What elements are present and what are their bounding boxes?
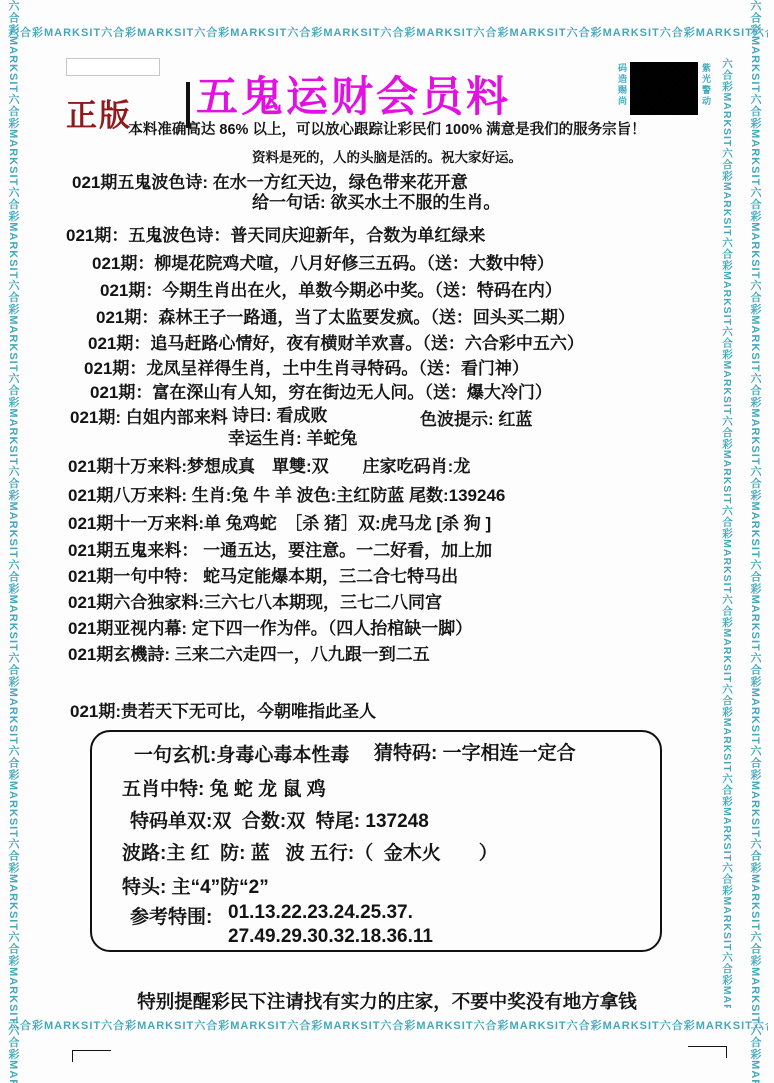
material-line: 021期一句中特： 蛇马定能爆本期，三二合七特马出 <box>68 562 458 587</box>
watermark-top: 六合彩MARKSIT六合彩MARKSIT六合彩MARKSIT六合彩MARKSIT… <box>8 24 768 40</box>
poem-line: 021期：柳堤花院鸡犬喧，八月好修三五码。（送：大数中特） <box>92 249 554 274</box>
box-ref-label: 参考特围: <box>130 902 212 929</box>
box-mystery-phrase: 一句玄机:身毒心毒本性毒 <box>134 740 349 767</box>
poem-line: 021期：今期生肖出在火，单数今期必中奖。（送：特码在内） <box>100 276 562 301</box>
baijie-lucky-zodiac: 幸运生肖: 羊蛇兔 <box>228 424 357 449</box>
material-line: 021期十万来料:梦想成真 單雙:双 庄家吃码肖:龙 <box>68 452 470 477</box>
box-special-head: 特头: 主“4”防“2” <box>122 872 269 899</box>
material-line: 021期玄機詩: 三来二六走四一，八九跟一到二五 <box>68 640 430 665</box>
material-line: 021期五鬼来料： 一通五达，要注意。一二好看，加上加 <box>68 536 492 561</box>
corner-mark-left <box>72 1050 111 1062</box>
box-ref-numbers-1: 01.13.22.23.24.25.37. <box>228 902 413 924</box>
box-five-zodiac: 五肖中特: 兔 蛇 龙 鼠 鸡 <box>122 774 326 801</box>
poem-line: 021期：富在深山有人知，穷在街边无人问。（送：爆大冷门） <box>90 378 552 403</box>
box-guess-special: 猜特码: 一字相连一定合 <box>374 738 576 765</box>
header-empty-box <box>66 58 160 76</box>
watermark-bottom: 六合彩MARKSIT六合彩MARKSIT六合彩MARKSIT六合彩MARKSIT… <box>8 1017 768 1033</box>
prediction-box: 一句玄机:身毒心毒本性毒 猜特码: 一字相连一定合 五肖中特: 兔 蛇 龙 鼠 … <box>90 730 662 952</box>
material-line: 021期六合独家料:三六七八本期现，三七二八同宫 <box>68 588 442 613</box>
box-ref-numbers-2: 27.49.29.30.32.18.36.11 <box>228 926 433 948</box>
box-odd-even: 特码单双:双 合数:双 特尾: 137248 <box>130 806 429 833</box>
poem-line: 021期：五鬼波色诗：普天同庆迎新年，合数为单红绿来 <box>66 221 485 246</box>
baijie-label: 021期: 白姐内部来料 <box>70 403 228 428</box>
final-poem-line: 021期:贵若天下无可比，今朝唯指此圣人 <box>70 697 376 722</box>
stamp-right-text: 紫光警动 <box>700 63 712 115</box>
poem-line: 021期：森林王子一路通，当了太监要发疯。（送：回头买二期） <box>96 303 575 328</box>
poem-line: 021期：追马赶路心情好，夜有横财羊欢喜。（送：六合彩中五六） <box>88 329 584 354</box>
watermark-right-inner: 六合彩MARKSIT六合彩MARKSIT六合彩MARKSIT六合彩MARKSIT… <box>720 58 735 1008</box>
intro-line-2: 给一句话: 欲买水土不服的生肖。 <box>252 188 500 213</box>
baijie-shiyue: 诗曰: 看成败 <box>232 401 327 426</box>
poem-line: 021期：龙凤呈祥得生肖，土中生肖寻特码。（送：看门神） <box>84 354 529 379</box>
qr-stamp <box>630 62 698 115</box>
baijie-color-hint: 色波提示: 红蓝 <box>420 405 532 430</box>
corner-mark-right <box>688 1046 727 1058</box>
tagline-1: 本料准确高达 86% 以上，可以放心跟踪让彩民们 100% 满意是我们的服务宗旨… <box>0 118 774 139</box>
tip-sheet-page: 六合彩MARKSIT六合彩MARKSIT六合彩MARKSIT六合彩MARKSIT… <box>0 0 774 1083</box>
material-line: 021期八万来料: 生肖:兔 牛 羊 波色:主红防蓝 尾数:139246 <box>68 481 505 506</box>
material-line: 021期亚视内幕: 定下四一作为伴。（四人抬棺缺一脚） <box>68 614 472 639</box>
stamp-left-text: 码造赐尚 <box>616 63 628 115</box>
material-line: 021期十一万来料:单 兔鸡蛇 ［杀 猪］双:虎马龙 [杀 狗 ] <box>68 509 491 534</box>
tagline-2: 资料是死的，人的头脑是活的。祝大家好运。 <box>0 146 774 166</box>
footer-reminder: 特别提醒彩民下注请找有实力的庄家，不要中奖没有地方拿钱 <box>0 988 774 1014</box>
box-wave-route: 波路:主 红 防: 蓝 波 五行:（ 金木火 ） <box>122 838 498 865</box>
page-title: 五鬼运财会员料 <box>196 64 511 124</box>
